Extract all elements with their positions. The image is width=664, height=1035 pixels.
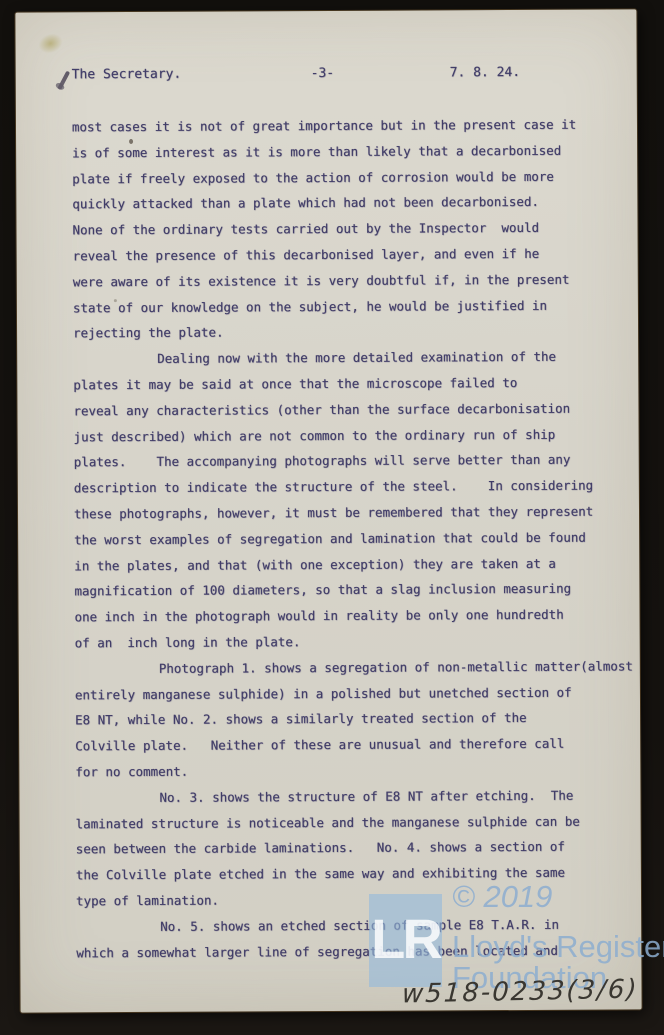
recipient-line: The Secretary. [72, 68, 182, 83]
typed-line: just described) which are not common to … [74, 421, 634, 450]
typed-line: Colville plate. Neither of these are unu… [75, 731, 635, 760]
paragraph: most cases it is not of great importance… [72, 111, 633, 346]
archive-reference: w518-0233(3/6) [401, 975, 639, 1010]
typed-line: plates. The accompanying photographs wil… [74, 447, 634, 476]
paragraph: No. 5. shows an etched section of sample… [76, 911, 636, 966]
typed-line: Dealing now with the more detailed exami… [73, 344, 633, 373]
paragraph: Dealing now with the more detailed exami… [73, 344, 635, 656]
letter-body: most cases it is not of great importance… [72, 111, 636, 965]
typed-line: No. 5. shows an etched section of sample… [76, 911, 636, 940]
typed-line: the worst examples of segregation and la… [74, 524, 634, 553]
typed-line: for no comment. [75, 756, 635, 785]
typed-line: quickly attacked than a plate which had … [72, 189, 632, 218]
typed-line: these photographs, however, it must be r… [74, 498, 634, 527]
typed-line: is of some interest as it is more than l… [72, 137, 632, 166]
typed-line: seen between the carbide laminations. No… [76, 834, 636, 863]
paragraph: Photograph 1. shows a segregation of non… [75, 653, 636, 785]
typed-line: type of lamination. [76, 885, 636, 914]
typed-line: plate if freely exposed to the action of… [72, 163, 632, 192]
typed-line: rejecting the plate. [73, 318, 633, 347]
typed-line: the Colville plate etched in the same wa… [76, 860, 636, 889]
typed-line: which a somewhat larger line of segregat… [76, 937, 636, 966]
typed-line: of an inch long in the plate. [75, 627, 635, 656]
typed-line: in the plates, and that (with one except… [74, 550, 634, 579]
date-line: 7. 8. 24. [450, 66, 521, 80]
typed-line: Photograph 1. shows a segregation of non… [75, 653, 635, 682]
typed-line: entirely manganese sulphide) in a polish… [75, 679, 635, 708]
letter-header: The Secretary. -3- 7. 8. 24. [15, 9, 636, 12]
typed-line: reveal the presence of this decarbonised… [73, 240, 633, 269]
paragraph: No. 3. shows the structure of E8 NT afte… [75, 782, 636, 914]
document-page: The Secretary. -3- 7. 8. 24. most cases … [15, 9, 641, 1012]
typed-line: were aware of its existence it is very d… [73, 266, 633, 295]
typed-line: reveal any characteristics (other than t… [73, 395, 633, 424]
page-number: -3- [311, 67, 335, 81]
typed-line: description to indicate the structure of… [74, 473, 634, 502]
typed-line: E8 NT, while No. 2. shows a similarly tr… [75, 705, 635, 734]
paper-stain [30, 25, 71, 61]
typed-line: most cases it is not of great importance… [72, 111, 632, 140]
typed-line: No. 3. shows the structure of E8 NT afte… [75, 782, 635, 811]
typed-line: laminated structure is noticeable and th… [76, 808, 636, 837]
typed-line: plates it may be said at once that the m… [73, 369, 633, 398]
typed-line: state of our knowledge on the subject, h… [73, 292, 633, 321]
typed-line: one inch in the photograph would in real… [74, 602, 634, 631]
typed-line: magnification of 100 diameters, so that … [74, 576, 634, 605]
typed-line: None of the ordinary tests carried out b… [72, 215, 632, 244]
ink-mark [57, 71, 70, 91]
photo-background: The Secretary. -3- 7. 8. 24. most cases … [0, 0, 664, 1035]
